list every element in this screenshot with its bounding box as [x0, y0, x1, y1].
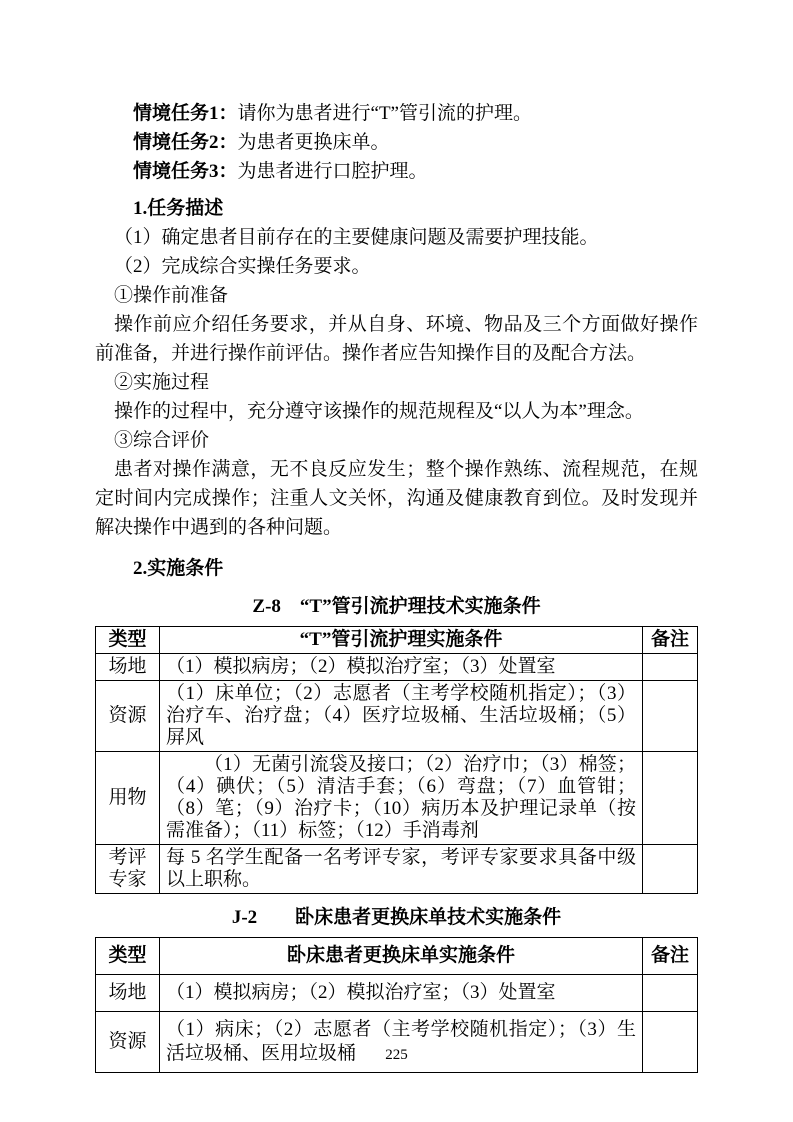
table-row: 场地 （1）模拟病房；（2）模拟治疗室；（3）处置室 — [96, 654, 698, 681]
note-cell — [643, 654, 698, 681]
paragraph-4: 操作前应介绍任务要求，并从自身、环境、物品及三个方面做好操作前准备，并进行操作前… — [95, 310, 698, 368]
table-j2-header-row: 类型 卧床患者更换床单实施条件 备注 — [96, 938, 698, 975]
task-3-label: 情境任务3： — [133, 161, 238, 182]
task-1-label: 情境任务1： — [133, 103, 238, 124]
scenario-task-3: 情境任务3：为患者进行口腔护理。 — [95, 157, 698, 186]
scenario-task-1: 情境任务1：请你为患者进行“T”管引流的护理。 — [95, 99, 698, 128]
paragraph-8: 患者对操作满意，无不良反应发生；整个操作熟练、流程规范，在规定时间内完成操作；注… — [95, 455, 698, 542]
column-header-note: 备注 — [643, 938, 698, 975]
paragraph-5: ②实施过程 — [95, 368, 698, 397]
table-z8: 类型 “T”管引流护理实施条件 备注 场地 （1）模拟病房；（2）模拟治疗室；（… — [95, 626, 698, 894]
table-row: 场地 （1）模拟病房；（2）模拟治疗室；（3）处置室 — [96, 975, 698, 1012]
note-cell — [643, 845, 698, 894]
table-z8-header-row: 类型 “T”管引流护理实施条件 备注 — [96, 627, 698, 654]
document-page: 情境任务1：请你为患者进行“T”管引流的护理。 情境任务2：为患者更换床单。 情… — [0, 0, 793, 1122]
paragraph-7: ③综合评价 — [95, 426, 698, 455]
column-header-conditions: “T”管引流护理实施条件 — [160, 627, 643, 654]
note-cell — [643, 975, 698, 1012]
type-cell: 场地 — [96, 975, 160, 1012]
column-header-note: 备注 — [643, 627, 698, 654]
content-cell: （1）模拟病房；（2）模拟治疗室；（3）处置室 — [160, 654, 643, 681]
table-row: 用物 （1）无菌引流袋及接口；（2）治疗巾；（3）棉签；（4）碘伏；（5）清洁手… — [96, 752, 698, 845]
paragraph-6: 操作的过程中，充分遵守该操作的规范规程及“以人为本”理念。 — [95, 397, 698, 426]
section2-heading: 2.实施条件 — [95, 554, 698, 583]
type-cell: 用物 — [96, 752, 160, 845]
table-j2-title: J-2 卧床患者更换床单技术实施条件 — [95, 905, 698, 931]
note-cell — [643, 681, 698, 752]
content-cell: （1）模拟病房；（2）模拟治疗室；（3）处置室 — [160, 975, 643, 1012]
paragraph-1: （1）确定患者目前存在的主要健康问题及需要护理技能。 — [95, 223, 698, 252]
task-1-text: 请你为患者进行“T”管引流的护理。 — [238, 103, 532, 124]
type-cell: 资源 — [96, 681, 160, 752]
paragraph-3: ①操作前准备 — [95, 281, 698, 310]
column-header-type: 类型 — [96, 938, 160, 975]
table-row: 考评专家 每 5 名学生配备一名考评专家，考评专家要求具备中级以上职称。 — [96, 845, 698, 894]
content-cell: （1）无菌引流袋及接口；（2）治疗巾；（3）棉签；（4）碘伏；（5）清洁手套；（… — [160, 752, 643, 845]
task-2-label: 情境任务2： — [133, 132, 238, 153]
note-cell — [643, 752, 698, 845]
page-number: 225 — [0, 1046, 793, 1064]
type-cell: 场地 — [96, 654, 160, 681]
table-z8-title: Z-8 “T”管引流护理技术实施条件 — [95, 594, 698, 620]
type-cell: 考评专家 — [96, 845, 160, 894]
task-2-text: 为患者更换床单。 — [238, 132, 390, 153]
column-header-conditions: 卧床患者更换床单实施条件 — [160, 938, 643, 975]
task-3-text: 为患者进行口腔护理。 — [238, 161, 428, 182]
table-row: 资源 （1）床单位；（2）志愿者（主考学校随机指定）；（3）治疗车、治疗盘；（4… — [96, 681, 698, 752]
section1-heading: 1.任务描述 — [95, 194, 698, 223]
scenario-task-2: 情境任务2：为患者更换床单。 — [95, 128, 698, 157]
content-cell: 每 5 名学生配备一名考评专家，考评专家要求具备中级以上职称。 — [160, 845, 643, 894]
paragraph-2: （2）完成综合实操任务要求。 — [95, 252, 698, 281]
column-header-type: 类型 — [96, 627, 160, 654]
content-cell: （1）床单位；（2）志愿者（主考学校随机指定）；（3）治疗车、治疗盘；（4）医疗… — [160, 681, 643, 752]
